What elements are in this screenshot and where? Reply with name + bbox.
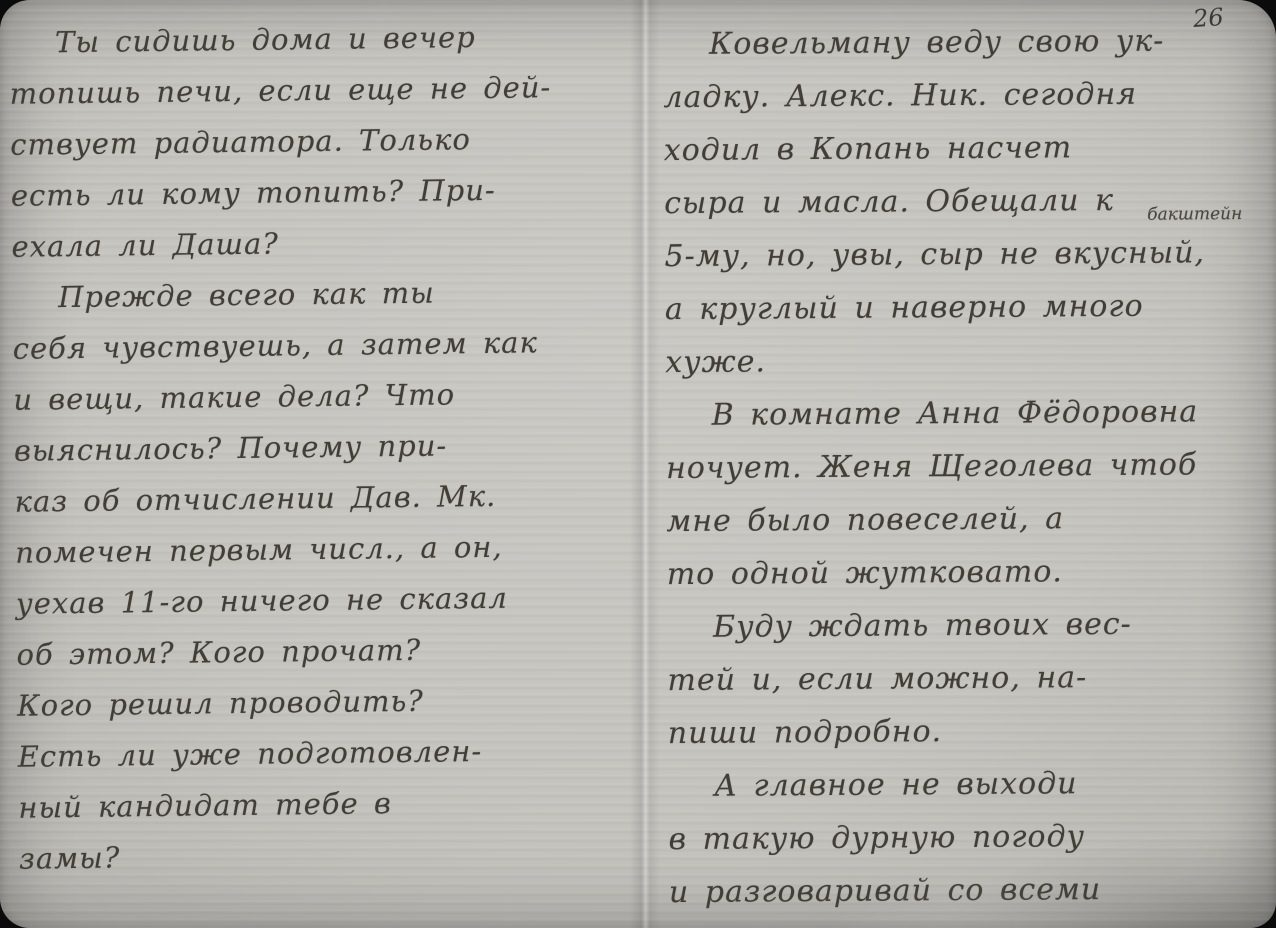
handwriting-line: каз об отчислении Дав. Мк. (14, 469, 627, 527)
handwriting-line: 5-му, но, увы, сыр не вкусный, бакштейн (664, 226, 1260, 283)
handwriting-line: А главное не выходи (668, 756, 1264, 813)
right-page: Ковельману веду свою ук- ладку. Алекс. Н… (663, 14, 1265, 919)
handwriting-line: ладку. Алекс. Ник. сегодня (663, 67, 1259, 124)
handwriting-line: пиши подробно. (668, 703, 1264, 760)
handwriting-line: об этом? Кого прочат? (16, 622, 629, 680)
handwriting-line: и разговаривай со всеми (669, 862, 1265, 919)
handwriting-line: ный кандидат тебе в (18, 775, 631, 833)
handwriting-line: есть ли кому топить? При- (11, 163, 624, 221)
left-page: Ты сидишь дома и вечер топишь печи, если… (9, 10, 632, 884)
handwriting-line: хуже. (665, 332, 1261, 389)
handwriting-line: то одной жутковато. (667, 544, 1263, 601)
handwriting-line: а круглый и наверно много (665, 279, 1261, 336)
handwriting-line: помечен первым числ., а он, (15, 520, 628, 578)
handwriting-line: выяснилось? Почему при- (14, 418, 627, 476)
handwriting-line: Ковельману веду свою ук- (663, 14, 1259, 71)
handwriting-line: ходил в Копань насчет (664, 120, 1260, 177)
handwriting-line: Прежде всего как ты (12, 265, 625, 323)
handwriting-line: в такую дурную погоду (668, 809, 1264, 866)
handwriting-line: ствует радиатора. Только (10, 112, 623, 170)
handwriting-line: тей и, если можно, на- (667, 650, 1263, 707)
letter-paper: 26 Ты сидишь дома и вечер топишь печи, е… (0, 0, 1276, 928)
handwriting-line: уехав 11-го ничего не сказал (16, 571, 629, 629)
handwriting-line: В комнате Анна Фёдоровна (665, 385, 1261, 442)
handwriting-text: 5-му, но, увы, сыр не вкусный, (664, 235, 1205, 274)
handwriting-line: ночует. Женя Щеголева чтоб (666, 438, 1262, 495)
handwriting-line: Есть ли уже подготовлен- (17, 724, 630, 782)
handwriting-line: топишь печи, если еще не дей- (9, 61, 622, 119)
handwriting-line: замы? (19, 826, 632, 884)
handwriting-line: и вещи, такие дела? Что (13, 367, 626, 425)
interline-insertion: бакштейн (1147, 206, 1242, 224)
handwriting-line: себя чувствуешь, а затем как (12, 316, 625, 374)
handwriting-line: ехала ли Даша? (11, 214, 624, 272)
handwriting-line: Кого решил проводить? (17, 673, 630, 731)
handwriting-line: Ты сидишь дома и вечер (9, 10, 622, 68)
handwriting-line: Буду ждать твоих вес- (667, 597, 1263, 654)
letter-scan: 26 Ты сидишь дома и вечер топишь печи, е… (0, 0, 1276, 928)
center-fold (630, 0, 660, 928)
handwriting-line: мне было повеселей, а (666, 491, 1262, 548)
